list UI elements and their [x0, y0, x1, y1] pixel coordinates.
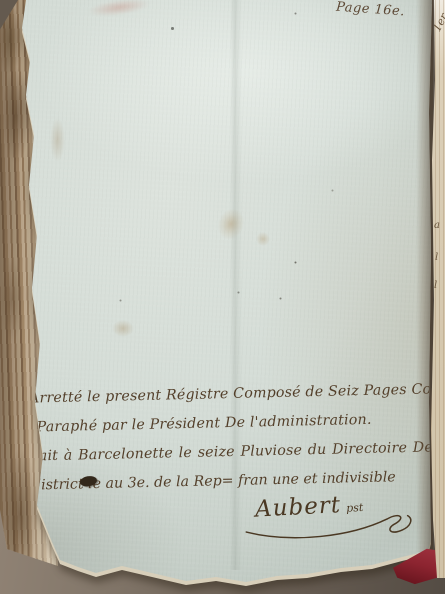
manuscript-page: Page 16e. Arretté le present Régistre Co… [0, 0, 445, 594]
paper-stain [112, 320, 134, 337]
manuscript-page-shadow: Page 16e. Arretté le present Régistre Co… [0, 0, 445, 594]
next-page-text-fragment: a [434, 220, 440, 231]
closing-statement: Arretté le present Régistre Composé de S… [29, 375, 434, 500]
next-page-text-fragment: l [434, 280, 437, 291]
book-gutter-shadow [416, 0, 433, 552]
paper-stain [50, 118, 65, 162]
manuscript-photo: Page 16e. Arretté le present Régistre Co… [0, 0, 445, 594]
next-page-text-fragment: l [435, 252, 438, 263]
paper-specks [0, 0, 1, 1]
paper-stain [256, 232, 270, 246]
